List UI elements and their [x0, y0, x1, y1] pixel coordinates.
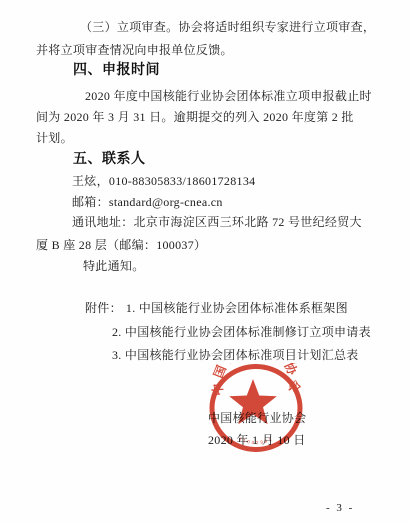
page-number: - 3 -: [326, 502, 354, 514]
contact-address-line1: 通讯地址：北京市海淀区西三环北路 72 号世纪经贸大: [72, 215, 362, 230]
attachment-line-1: 附件：1. 中国核能行业协会团体标准体系框架图: [85, 301, 348, 316]
paragraph-time-line2: 间为 2020 年 3 月 31 日。逾期提交的列入 2020 年度第 2 批: [36, 110, 354, 125]
seal-ring-text: 中国核能行业协会: [209, 363, 302, 396]
paragraph-time-line3: 计划。: [36, 131, 73, 146]
contact-email: 邮箱：standard@org-cnea.cn: [72, 195, 223, 210]
signature-organization: 中国核能行业协会: [208, 411, 304, 426]
section-heading-5: 五、联系人: [73, 151, 146, 166]
contact-name-phone: 王炫，010-88305833/18601728134: [72, 174, 255, 189]
paragraph-review-line1: （三）立项审查。协会将适时组织专家进行立项审查，: [80, 20, 375, 35]
contact-address-line2: 厦 B 座 28 层（邮编：100037）: [36, 238, 206, 253]
paragraph-time-line1: 2020 年度中国核能行业协会团体标准立项申报截止时: [85, 89, 372, 104]
signature-date: 2020 年 1 月 10 日: [208, 433, 304, 448]
attachments-label: 附件：: [85, 301, 122, 315]
paragraph-review-line2: 并将立项审查情况向申报单位反馈。: [36, 43, 233, 58]
attachment-item-2: 2. 中国核能行业协会团体标准制修订立项申请表: [112, 325, 371, 340]
section-heading-4: 四、申报时间: [73, 62, 160, 77]
attachment-item-3: 3. 中国核能行业协会团体标准项目计划汇总表: [112, 348, 359, 363]
attachment-item-1: 1. 中国核能行业协会团体标准体系框架图: [126, 301, 348, 315]
closing-notice: 特此通知。: [83, 259, 145, 274]
document-page: （三）立项审查。协会将适时组织专家进行立项审查， 并将立项审查情况向申报单位反馈…: [0, 0, 411, 522]
